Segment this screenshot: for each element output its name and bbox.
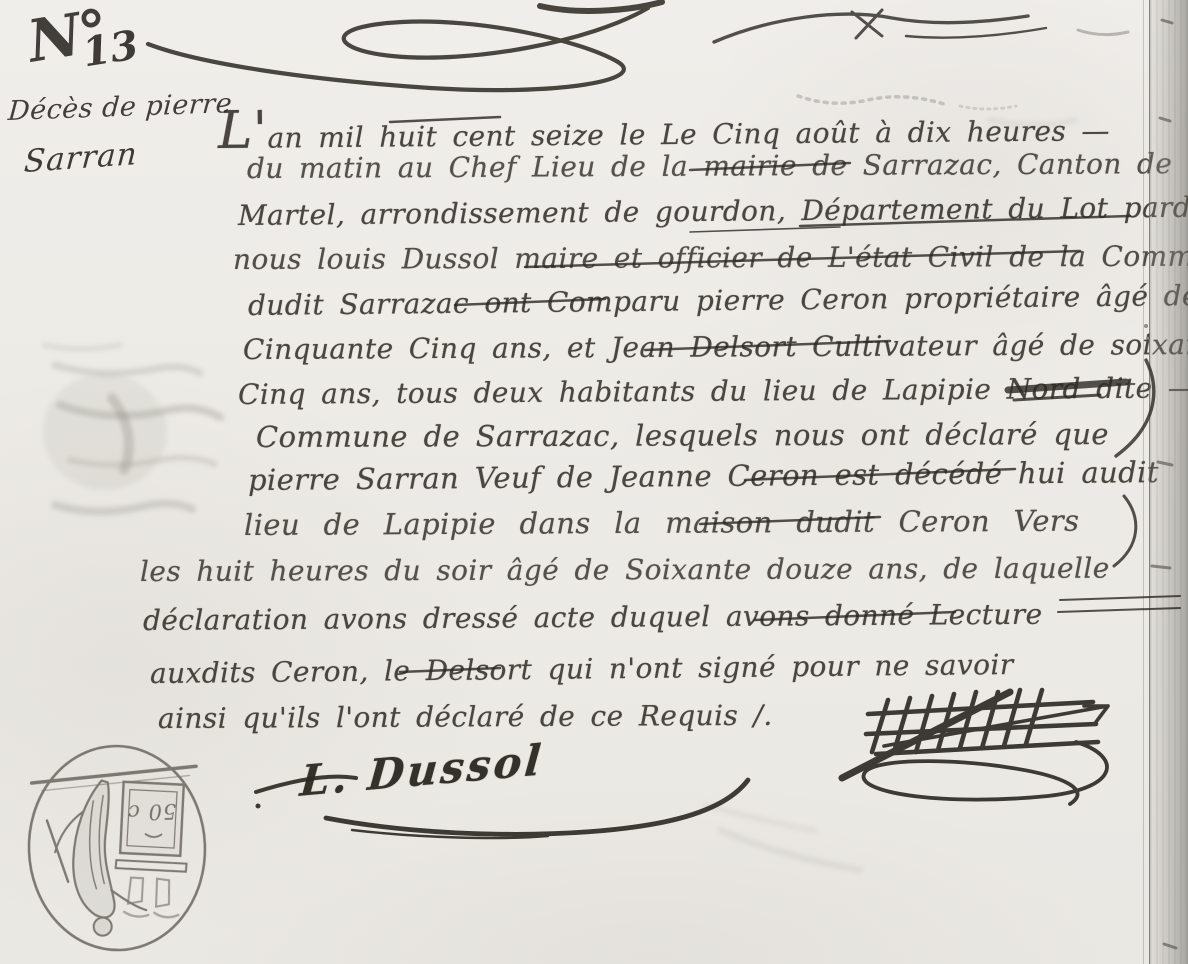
stamp-denomination: 50 c xyxy=(127,799,177,825)
page-gutter xyxy=(1149,0,1188,964)
manuscript-line: nous louis Dussol maire et officier de L… xyxy=(233,239,1188,276)
manuscript-line: Cinquante Cinq ans, et Jean Delsort Cult… xyxy=(243,328,1188,366)
manuscript-page: N° 13 Décès de pierre Sarran L'an mil hu… xyxy=(0,0,1188,964)
manuscript-line: du matin au Chef Lieu de la mairie de Sa… xyxy=(247,147,1188,185)
manuscript-line: lieu de Lapipie dans la maison dudit Cer… xyxy=(244,504,1080,542)
manuscript-line: dudit Sarrazac ont Comparu pierre Ceron … xyxy=(248,279,1188,322)
revenue-stamp: 50 c xyxy=(10,734,228,963)
page-gutter-line xyxy=(1143,0,1144,964)
stamp-figure-head xyxy=(93,917,112,936)
manuscript-line: Commune de Sarrazac, lesquels nous ont d… xyxy=(256,417,1109,454)
manuscript-line: Martel, arrondissement de gourdon, Dépar… xyxy=(238,190,1188,232)
manuscript-line: pierre Sarran Veuf de Jeanne Ceron est d… xyxy=(248,455,1159,497)
stamp-tablet-leg xyxy=(127,877,144,904)
manuscript-line: Cinq ans, tous deux habitants du lieu de… xyxy=(238,371,1188,411)
manuscript-line: les huit heures du soir âgé de Soixante … xyxy=(140,552,1110,588)
stamp-tablet-base xyxy=(115,858,186,874)
stamp-tablet-leg xyxy=(155,878,170,906)
stamp-feet xyxy=(124,910,178,919)
manuscript-line: déclaration avons dressé acte duquel avo… xyxy=(143,598,1043,637)
manuscript-line: ainsi qu'ils l'ont déclaré de ce Requis … xyxy=(158,699,773,735)
manuscript-line: auxdits Ceron, le Delsort qui n'ont sign… xyxy=(150,648,1014,690)
